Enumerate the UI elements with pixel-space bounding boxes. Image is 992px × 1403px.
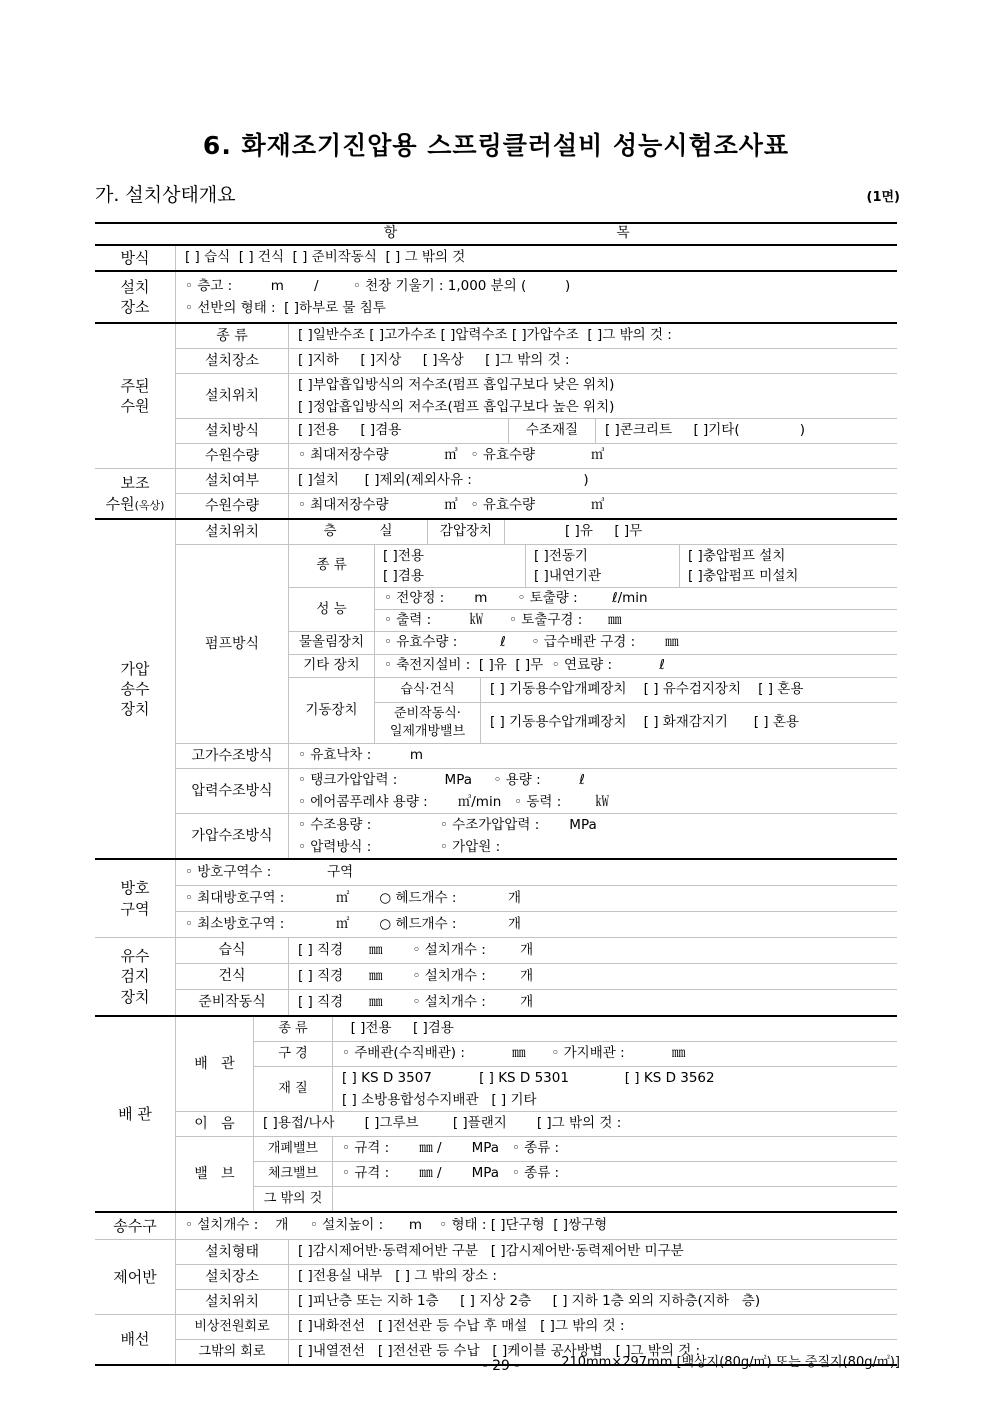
install-place-content: ◦ 층고 : m / ◦ 천장 기울기 : 1,000 분의 ( ) ◦ 선반의… — [176, 272, 897, 322]
pump-kind-motor: [ ]전동기 [ ]내연기관 — [526, 545, 680, 587]
pressurizer-position-label: 설치위치 — [176, 520, 289, 544]
pump-priming-label: 물올림장치 — [289, 632, 375, 654]
section-install-place: 설치 장소 ◦ 층고 : m / ◦ 천장 기울기 : 1,000 분의 ( )… — [95, 272, 897, 324]
inlet-content: ◦ 설치개수 : 개 ◦ 설치높이 : m ◦ 형태 : [ ]단구형 [ ]쌍… — [176, 1213, 897, 1239]
flow-preaction-content: [ ] 직경 ㎜ ◦ 설치개수 : 개 — [289, 990, 897, 1015]
pump-starter-label: 기동장치 — [289, 678, 375, 743]
flow-wet-label: 습식 — [176, 938, 289, 963]
protection-zone-count: ◦ 방호구역수 : 구역 — [176, 860, 897, 886]
section-method: 방식 [ ] 습식 [ ] 건식 [ ] 준비작동식 [ ] 그 밖의 것 — [95, 246, 897, 272]
main-water-amount-label: 수원수량 — [176, 444, 289, 468]
pressure-tank-label: 압력수조방식 — [176, 769, 289, 813]
footer-page-number: - 29 - — [446, 1358, 556, 1374]
pressurizer-label: 가압 송수 장치 — [95, 520, 176, 858]
panel-position-label: 설치위치 — [176, 1290, 289, 1314]
wiring-other-label: 그밖의 회로 — [176, 1340, 289, 1364]
decompressor-options: [ ]유 [ ]무 — [505, 520, 897, 544]
starter-preaction-label: 준비작동식· 일제개방밸브 — [375, 703, 481, 743]
pump-method-label: 펌프방식 — [176, 545, 289, 743]
protection-zone-label: 방호 구역 — [95, 860, 176, 937]
document-page: 6. 화재조기진압용 스프링클러설비 성능시험조사표 가. 설치상태개요 (1면… — [0, 0, 992, 1403]
pipe-sub-label: 배 관 — [176, 1017, 254, 1111]
pipe-diameter-content: ◦ 주배관(수직배관) : ㎜ ◦ 가지배관 : ㎜ — [333, 1042, 897, 1066]
flow-dry-content: [ ] 직경 ㎜ ◦ 설치개수 : 개 — [289, 964, 897, 989]
main-water-position-options: [ ]부압흡입방식의 저수조(펌프 흡입구보다 낮은 위치) [ ]정압흡입방식… — [289, 374, 897, 418]
starter-wet-dry-label: 습식·건식 — [375, 678, 481, 702]
protection-zone-max: ◦ 최대방호구역 : ㎡ ○ 헤드개수 : 개 — [176, 886, 897, 912]
pressurized-tank-content: ◦ 수조용량 : ◦ 수조가압압력 : MPa ◦ 압력방식 : ◦ 가압원 : — [289, 814, 897, 858]
header-item-right: 목 — [616, 225, 630, 241]
section-control-panel: 제어반 설치형태 [ ]감시제어반·동력제어반 구분 [ ]감시제어반·동력제어… — [95, 1240, 897, 1315]
panel-position-options: [ ]피난층 또는 지하 1층 [ ] 지상 2층 [ ] 지하 1층 외의 지… — [289, 1290, 897, 1314]
flow-detector-label: 유수 검지 장치 — [95, 938, 176, 1015]
section-main-water: 주된 수원 종 류 [ ]일반수조 [ ]고가수조 [ ]압력수조 [ ]가압수… — [95, 324, 897, 469]
pump-perf-label: 성 능 — [289, 588, 375, 631]
valve-open-content: ◦ 규격 : ㎜ / MPa ◦ 종류 : — [333, 1137, 897, 1161]
pump-etc-label: 기타 장치 — [289, 655, 375, 677]
valve-other-content — [333, 1187, 897, 1211]
valve-open-label: 개폐밸브 — [254, 1137, 333, 1161]
section-pressurizer: 가압 송수 장치 설치위치 층 실 감압장치 [ ]유 [ ]무 펌프방식 종 — [95, 520, 897, 860]
main-water-label: 주된 수원 — [95, 324, 176, 468]
joint-options: [ ]용접/나사 [ ]그루브 [ ]플랜지 [ ]그 밖의 것 : — [254, 1112, 897, 1136]
panel-form-options: [ ]감시제어반·동력제어반 구분 [ ]감시제어반·동력제어반 미구분 — [289, 1240, 897, 1264]
inlet-label: 송수구 — [95, 1213, 176, 1239]
aux-water-label-line2: 수원(옥상) — [106, 494, 165, 514]
aux-water-amount-label: 수원수량 — [176, 494, 289, 518]
survey-table: 항 목 방식 [ ] 습식 [ ] 건식 [ ] 준비작동식 [ ] 그 밖의 … — [95, 222, 897, 1366]
flow-wet-content: [ ] 직경 ㎜ ◦ 설치개수 : 개 — [289, 938, 897, 963]
elevated-tank-label: 고가수조방식 — [176, 744, 289, 768]
main-water-kind-label: 종 류 — [176, 324, 289, 348]
aux-water-amount-content: ◦ 최대저장수량 ㎥ ◦ 유효수량 ㎥ — [289, 494, 897, 518]
pipe-kind-label: 종 류 — [254, 1017, 333, 1041]
main-water-tank-material-label: 수조재질 — [509, 419, 596, 443]
main-water-tank-material-options: [ ]콘크리트 [ ]기타( ) — [596, 419, 897, 443]
pump-kind-use: [ ]전용 [ ]겸용 — [375, 545, 526, 587]
section-piping: 배 관 배 관 종 류 [ ]전용 [ ]겸용 구 경 ◦ 주배관(수직배관 — [95, 1017, 897, 1213]
method-options: [ ] 습식 [ ] 건식 [ ] 준비작동식 [ ] 그 밖의 것 — [176, 246, 897, 270]
install-place-label: 설치 장소 — [95, 272, 176, 322]
pressure-tank-content: ◦ 탱크가압압력 : MPa ◦ 용량 : ℓ ◦ 에어콤푸레샤 용량 : ㎥/… — [289, 769, 897, 813]
table-header-section: 항 목 — [95, 224, 897, 246]
pump-perf-line1: ◦ 전양정 : m ◦ 토출량 : ℓ/min — [375, 588, 897, 610]
aux-water-label-line1: 보조 — [121, 473, 150, 493]
valve-check-label: 체크밸브 — [254, 1162, 333, 1186]
pipe-material-label: 재 질 — [254, 1067, 333, 1111]
section-aux-water: 보조 수원(옥상) 설치여부 [ ]설치 [ ]제외(제외사유 : ) 수원수량… — [95, 469, 897, 520]
main-water-position-label: 설치위치 — [176, 374, 289, 418]
section-protection-zone: 방호 구역 ◦ 방호구역수 : 구역 ◦ 최대방호구역 : ㎡ ○ 헤드개수 :… — [95, 860, 897, 938]
table-header-row: 항 목 — [95, 224, 897, 244]
pump-kind-label: 종 류 — [289, 545, 375, 587]
pressurized-tank-label: 가압수조방식 — [176, 814, 289, 858]
valve-check-content: ◦ 규격 : ㎜ / MPa ◦ 종류 : — [333, 1162, 897, 1186]
piping-label: 배 관 — [95, 1017, 176, 1211]
section-flow-detector: 유수 검지 장치 습식 [ ] 직경 ㎜ ◦ 설치개수 : 개 건식 [ ] 직… — [95, 938, 897, 1017]
page-title: 6. 화재조기진압용 스프링클러설비 성능시험조사표 — [0, 126, 992, 162]
header-item-left: 항 — [384, 225, 398, 241]
elevated-tank-content: ◦ 유효낙차 : m — [289, 744, 897, 768]
main-water-install-label: 설치방식 — [176, 419, 289, 443]
flow-preaction-label: 준비작동식 — [176, 990, 289, 1015]
starter-wet-dry-options: [ ] 기동용수압개폐장치 [ ] 유수검지장치 [ ] 혼용 — [481, 678, 897, 702]
main-water-place-label: 설치장소 — [176, 349, 289, 373]
pump-perf-line2: ◦ 출력 : ㎾ ◦ 토출구경 : ㎜ — [375, 610, 897, 631]
pump-etc-content: ◦ 축전지설비 : [ ]유 [ ]무 ◦ 연료량 : ℓ — [375, 655, 897, 677]
decompressor-label: 감압장치 — [428, 520, 505, 544]
aux-water-install-options: [ ]설치 [ ]제외(제외사유 : ) — [289, 469, 897, 493]
pump-kind-jockey: [ ]충압펌프 설치 [ ]충압펌프 미설치 — [680, 545, 897, 587]
aux-water-label: 보조 수원(옥상) — [95, 469, 176, 518]
main-water-place-options: [ ]지하 [ ]지상 [ ]옥상 [ ]그 밖의 것 : — [289, 349, 897, 373]
section-inlet: 송수구 ◦ 설치개수 : 개 ◦ 설치높이 : m ◦ 형태 : [ ]단구형 … — [95, 1213, 897, 1240]
panel-place-label: 설치장소 — [176, 1265, 289, 1289]
page-number-note: (1면) — [867, 186, 901, 205]
wiring-label: 배선 — [95, 1315, 176, 1364]
pipe-diameter-label: 구 경 — [254, 1042, 333, 1066]
pressurizer-floor-room: 층 실 — [289, 520, 428, 544]
wiring-emergency-label: 비상전원회로 — [176, 1315, 289, 1339]
pump-priming-content: ◦ 유효수량 : ℓ ◦ 급수배관 구경 : ㎜ — [375, 632, 897, 654]
starter-preaction-options: [ ] 기동용수압개폐장치 [ ] 화재감지기 [ ] 혼용 — [481, 703, 897, 743]
control-panel-label: 제어반 — [95, 1240, 176, 1314]
section-heading: 가. 설치상태개요 — [95, 180, 236, 207]
pipe-material-options: [ ] KS D 3507 [ ] KS D 5301 [ ] KS D 356… — [333, 1067, 897, 1111]
pipe-kind-options: [ ]전용 [ ]겸용 — [333, 1017, 897, 1041]
aux-water-label-rooftop: (옥상) — [135, 499, 165, 512]
valve-label: 밸 브 — [176, 1137, 254, 1211]
joint-label: 이 음 — [176, 1112, 254, 1136]
panel-form-label: 설치형태 — [176, 1240, 289, 1264]
flow-dry-label: 건식 — [176, 964, 289, 989]
main-water-kind-options: [ ]일반수조 [ ]고가수조 [ ]압력수조 [ ]가압수조 [ ]그 밖의 … — [289, 324, 897, 348]
footer-paper-spec: 210mm×297mm [백상지(80g/㎡) 또는 중질지(80g/㎡)] — [561, 1351, 900, 1370]
main-water-amount-content: ◦ 최대저장수량 ㎥ ◦ 유효수량 ㎥ — [289, 444, 897, 468]
main-water-install-use: [ ]전용 [ ]겸용 — [289, 419, 509, 443]
valve-other-label: 그 밖의 것 — [254, 1187, 333, 1211]
aux-water-install-label: 설치여부 — [176, 469, 289, 493]
method-label: 방식 — [95, 246, 176, 270]
wiring-emergency-options: [ ]내화전선 [ ]전선관 등 수납 후 매설 [ ]그 밖의 것 : — [289, 1315, 897, 1339]
protection-zone-min: ◦ 최소방호구역 : ㎡ ○ 헤드개수 : 개 — [176, 912, 897, 937]
panel-place-options: [ ]전용실 내부 [ ] 그 밖의 장소 : — [289, 1265, 897, 1289]
